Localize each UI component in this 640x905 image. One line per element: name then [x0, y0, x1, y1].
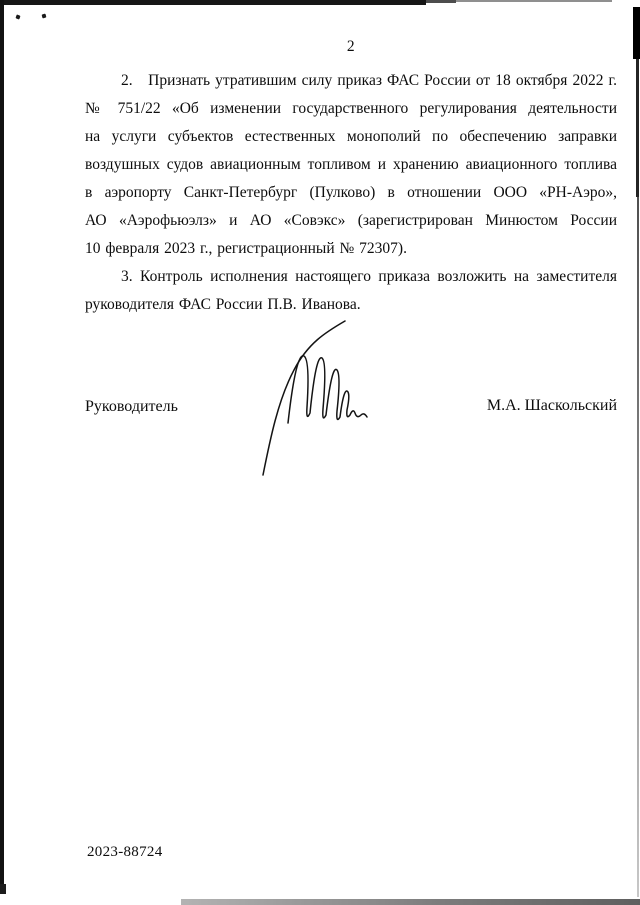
page-number: 2 [85, 38, 617, 56]
text-line: АО «Аэрофьюэлз» и АО «Совэкс» (зарегистр… [85, 207, 617, 235]
scan-edge-top [0, 0, 426, 5]
scan-speck [15, 14, 20, 19]
scan-edge-left [0, 0, 4, 894]
scan-edge-right-mid [636, 59, 639, 197]
document-code: 2023-88724 [87, 844, 163, 861]
text-line: № 751/22 «Об изменении государственного … [85, 95, 617, 123]
paragraph: 2. Признать утратившим силу приказ ФАС Р… [85, 67, 617, 263]
text-line: воздушных судов авиационным топливом и х… [85, 151, 617, 179]
scan-edge-top-segment [426, 0, 456, 3]
text-line: 10 февраля 2023 г., регистрационный № 72… [85, 235, 617, 263]
scanned-document-page: 2 2. Признать утратившим силу приказ ФАС… [0, 0, 640, 905]
text-line: 3. Контроль исполнения настоящего приказ… [85, 263, 617, 291]
scan-edge-bottom [181, 899, 640, 905]
text-line: на услуги субъектов естественных монопол… [85, 123, 617, 151]
scan-edge-left-tip [0, 884, 6, 894]
handwritten-signature [228, 312, 378, 487]
scan-edge-right-thick [633, 7, 640, 59]
paragraph: 3. Контроль исполнения настоящего приказ… [85, 263, 617, 319]
scan-edge-top-light [456, 0, 612, 2]
document-body: 2. Признать утратившим силу приказ ФАС Р… [85, 67, 617, 319]
text-line: в аэропорту Санкт-Петербург (Пулково) в … [85, 179, 617, 207]
text-line: 2. Признать утратившим силу приказ ФАС Р… [85, 67, 617, 95]
signoff-position-label: Руководитель [85, 398, 178, 416]
scan-edge-right-thin [637, 197, 639, 897]
scan-speck [42, 14, 47, 19]
signoff-signer-name: М.А. Шаскольский [487, 397, 617, 415]
